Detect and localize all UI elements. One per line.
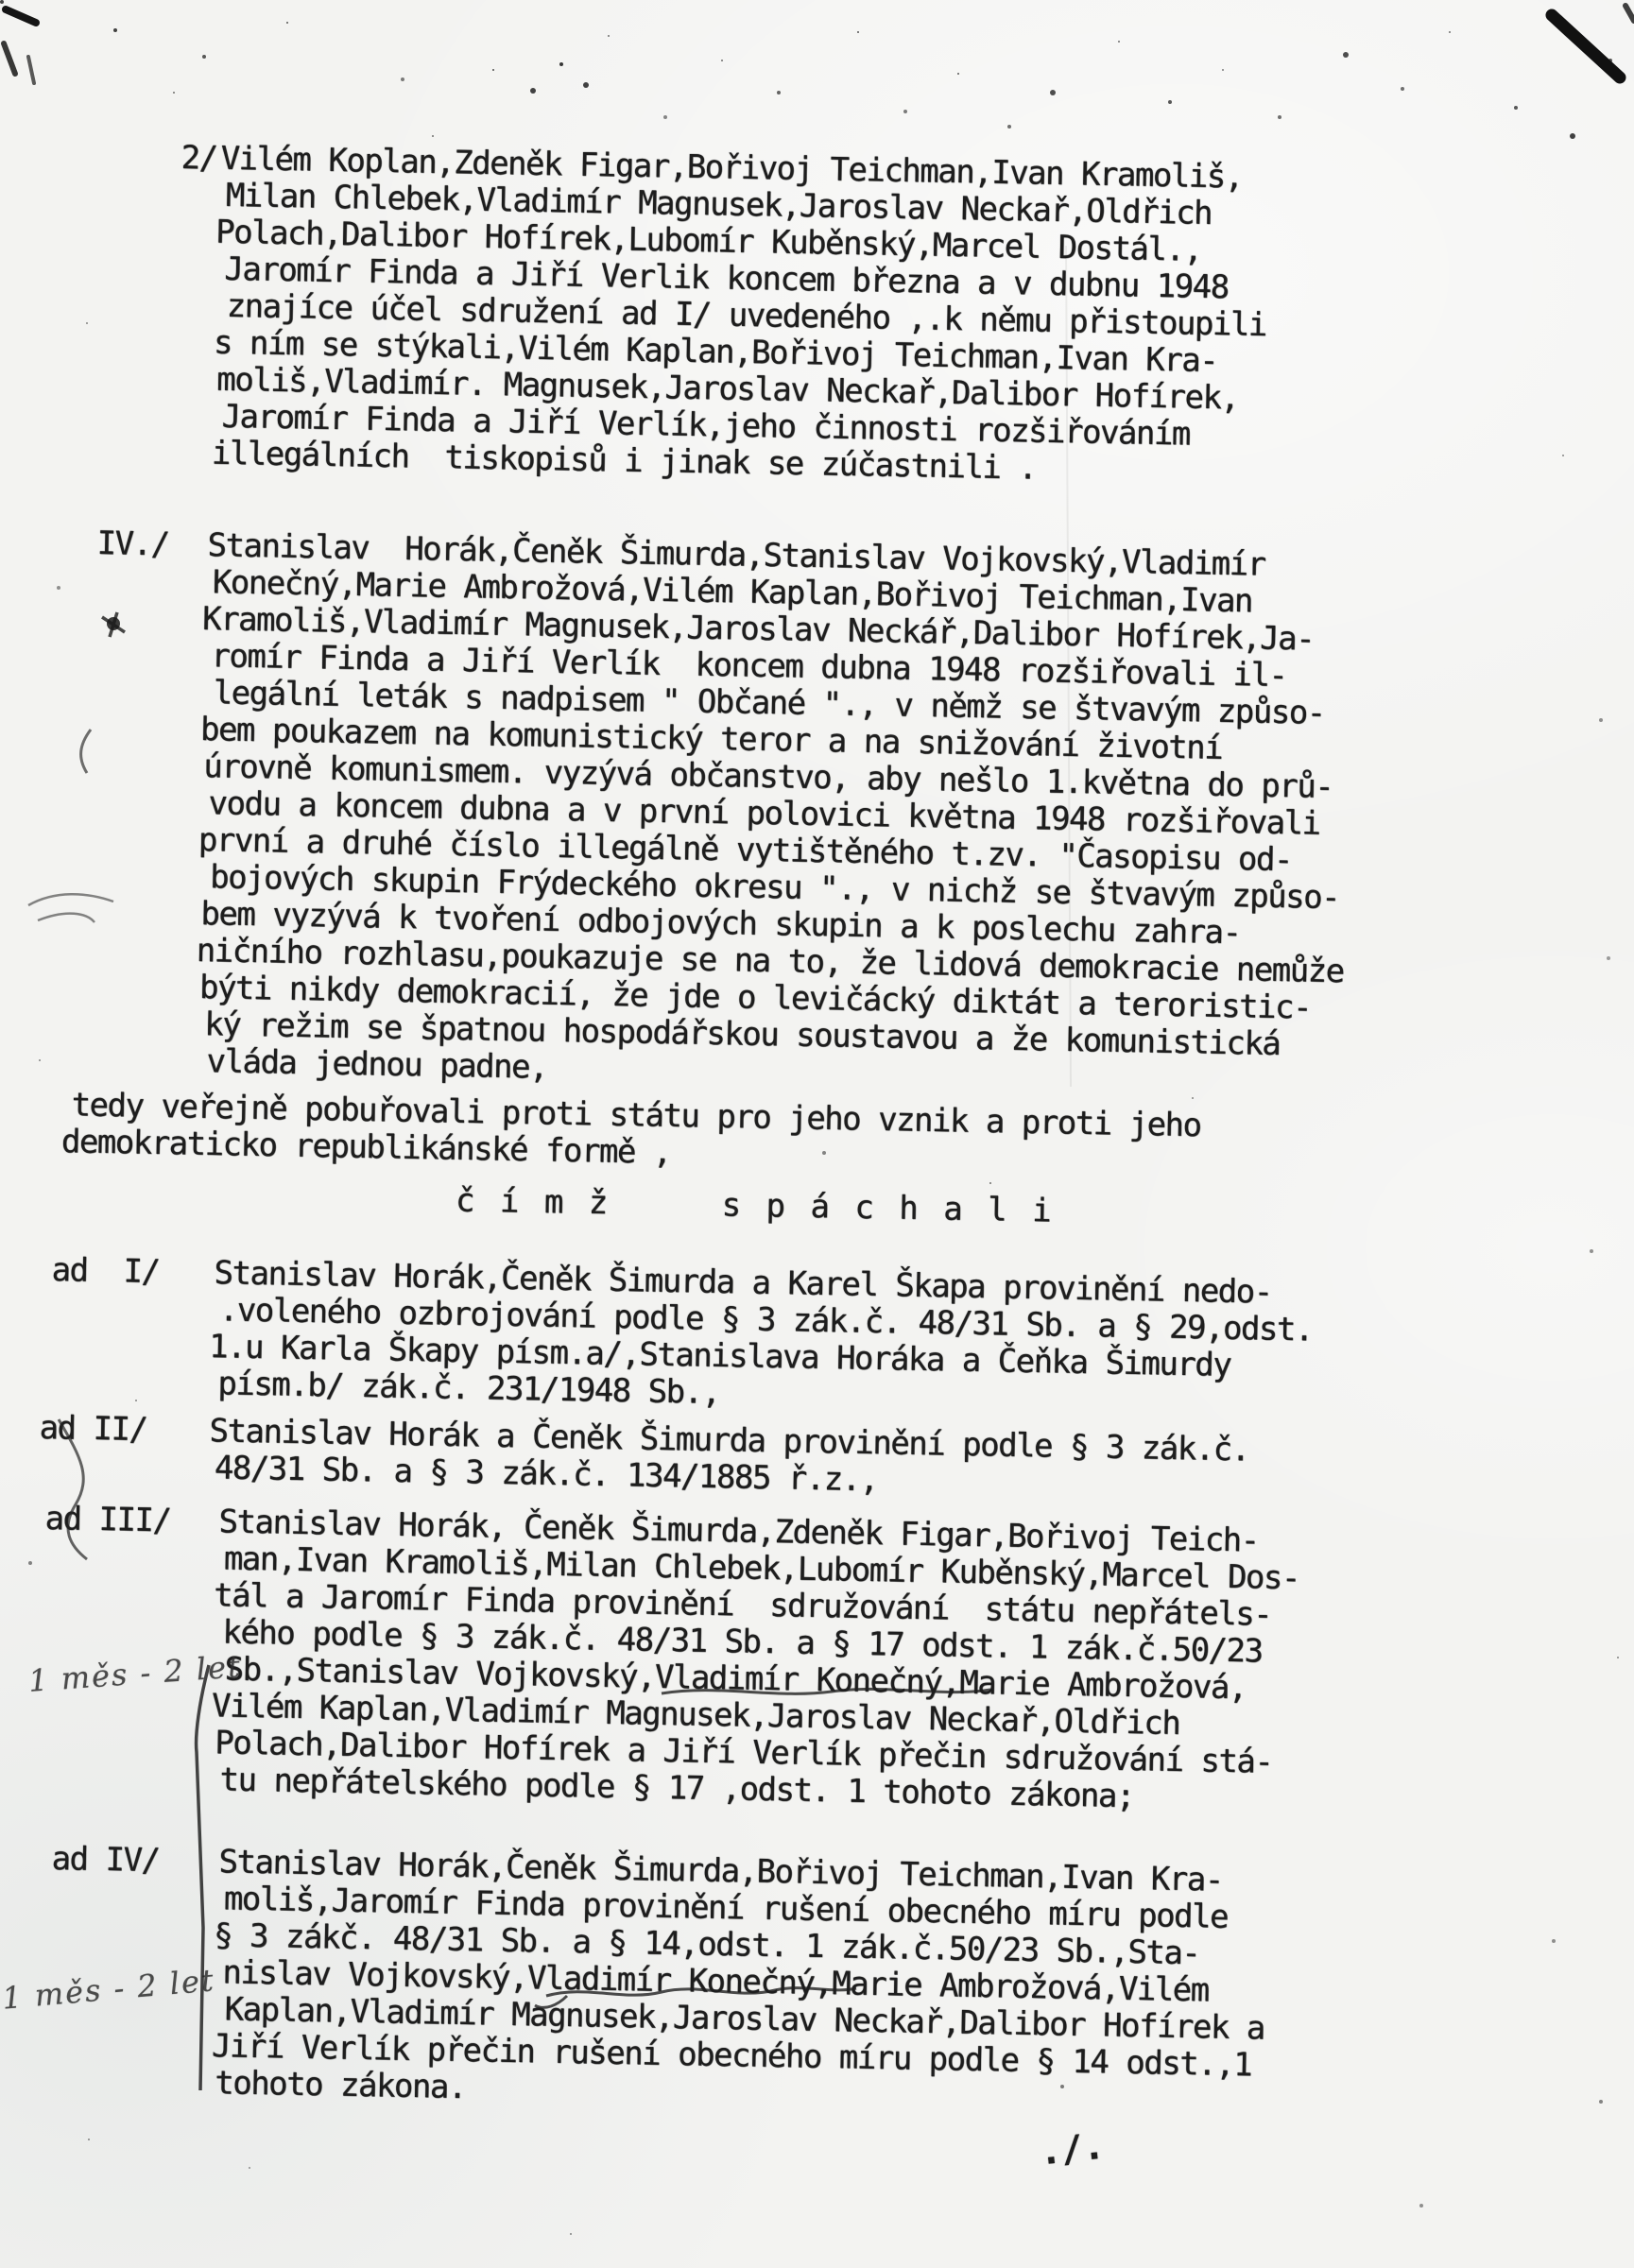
corner-smudge — [1625, 6, 1634, 21]
ink-speckles — [0, 0, 4, 4]
corner-smudge — [1552, 15, 1620, 77]
paragraph-tedy: tedy veřejně pobuřovali proti státu pro … — [56, 1087, 1201, 1181]
corner-smudge — [4, 43, 15, 74]
paragraph-iv: IV./ Stanislav Horák,Čeněk Šimurda,Stani… — [87, 525, 1355, 1101]
paragraph-label: IV./ — [96, 525, 169, 563]
section-heading: č í m ž s p á c h a l i — [456, 1181, 1055, 1229]
page-continuation-mark: ./. — [1038, 2125, 1107, 2173]
paragraph-label: ad IV/ — [51, 1841, 160, 1880]
paragraph-ad-iv: ad IV/ Stanislav Horák,Čeněk Šimurda,Boř… — [47, 1841, 1259, 2121]
paragraph-ad-i: ad I/ Stanislav Horák,Čeněk Šimurda a Ka… — [49, 1252, 1308, 1422]
paragraph-2: 2/ Vilém Koplan,Zdeněk Figar,Bořivoj Tei… — [176, 140, 1261, 491]
corner-smudge — [28, 57, 34, 83]
paragraph-label: 2/ — [181, 140, 217, 178]
scanned-document-page: 2/ Vilém Koplan,Zdeněk Figar,Bořivoj Tei… — [0, 0, 1634, 2268]
pen-bracket — [81, 730, 91, 773]
paragraph-label: ad I/ — [51, 1252, 160, 1291]
corner-smudge — [6, 9, 36, 23]
paragraph-ad-ii: ad II/ Stanislav Horák a Čeněk Šimurda p… — [39, 1410, 1249, 1505]
paragraph-label: ad III/ — [44, 1501, 170, 1539]
paragraph-label: ad II/ — [39, 1410, 147, 1449]
